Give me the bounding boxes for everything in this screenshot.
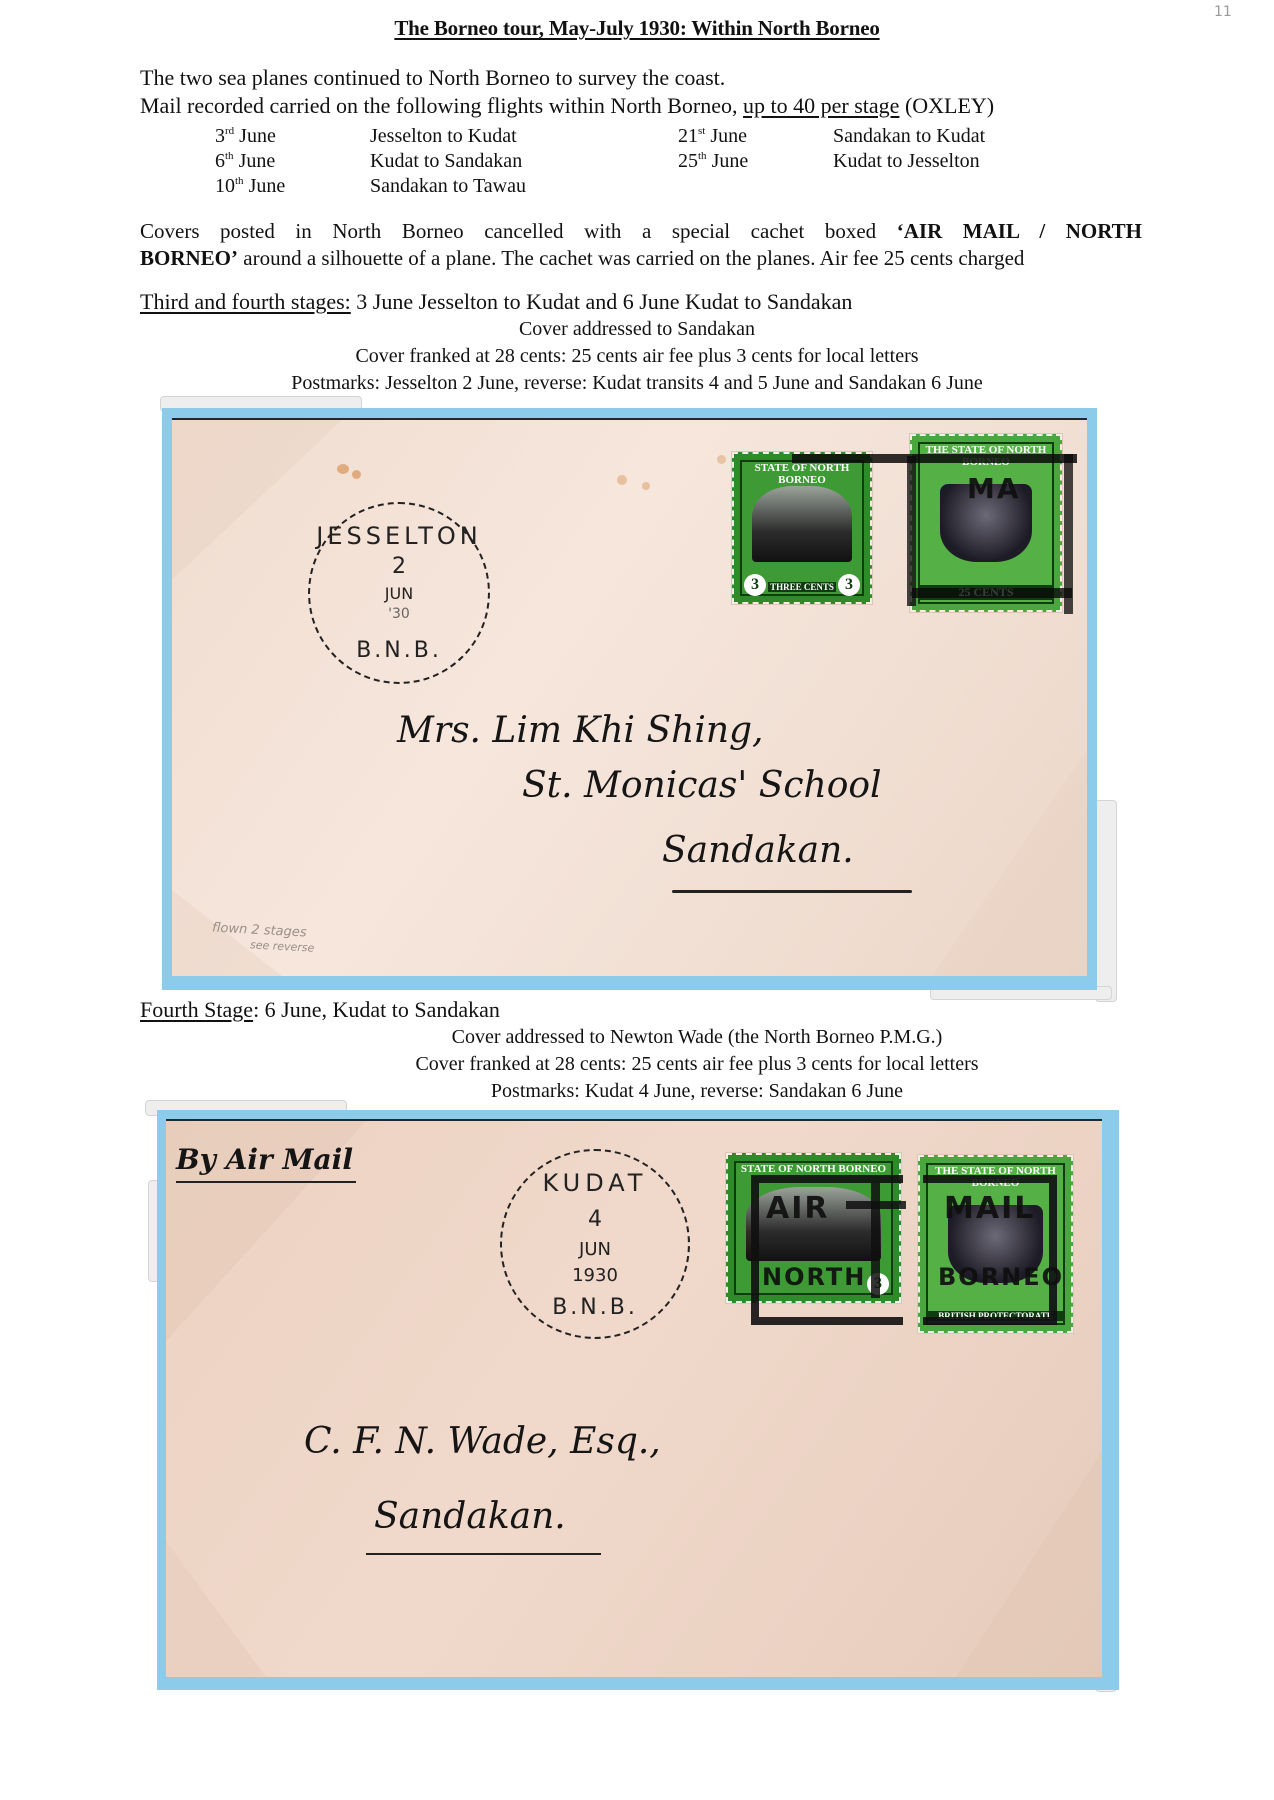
address-line-2: Sandakan. xyxy=(374,1496,566,1537)
address-line-1: Mrs. Lim Khi Shing, xyxy=(397,710,764,751)
address-line-2: St. Monicas' School xyxy=(522,765,882,806)
address-line-3: Sandakan. xyxy=(662,830,854,871)
cover-2: By Air Mail KUDAT 4 JUN 1930 B.N.B. STAT… xyxy=(166,1119,1102,1677)
section2-detail: Cover addressed to Newton Wade (the Nort… xyxy=(60,1024,1274,1050)
stamp-3-cents: STATE OF NORTH BORNEO 3 3 THREE CENTS xyxy=(732,452,872,604)
foxing-stain xyxy=(642,482,650,490)
endorsement-underline xyxy=(176,1181,356,1183)
cachet-bar xyxy=(907,456,916,606)
section2-detail: Cover franked at 28 cents: 25 cents air … xyxy=(60,1051,1274,1077)
section1-detail: Cover franked at 28 cents: 25 cents air … xyxy=(0,343,1274,369)
postmark-kudat: KUDAT 4 JUN 1930 B.N.B. xyxy=(500,1149,690,1339)
flight-route: Sandakan to Tawau xyxy=(370,174,526,199)
flight-route: Sandakan to Kudat xyxy=(833,124,985,149)
page-marker: 11 xyxy=(1214,4,1232,20)
cachet-text-north: NORTH xyxy=(762,1263,866,1291)
flights-row: 10th June Sandakan to Tawau xyxy=(215,174,1115,199)
address-underline xyxy=(366,1553,601,1555)
album-mount-corner xyxy=(1095,800,1117,1002)
cachet-plane-wing xyxy=(846,1201,906,1209)
cachet-note-line-1: Covers posted in North Borneo cancelled … xyxy=(140,217,1142,245)
flight-date: 21st June xyxy=(678,124,747,149)
postmark-jesselton: JESSELTON 2 JUN '30 B.N.B. xyxy=(308,502,490,684)
railway-scene xyxy=(752,486,852,562)
cachet-text-mail: MAIL xyxy=(944,1191,1035,1226)
flight-route: Kudat to Sandakan xyxy=(370,149,522,174)
address-underline xyxy=(672,890,912,893)
section1-detail: Postmarks: Jesselton 2 June, reverse: Ku… xyxy=(0,370,1274,396)
cachet-text-air: AIR xyxy=(766,1191,829,1226)
cachet-bar xyxy=(792,454,1077,463)
page-title: The Borneo tour, May-July 1930: Within N… xyxy=(0,16,1274,41)
flight-date: 10th June xyxy=(215,174,285,199)
address-line-1: C. F. N. Wade, Esq., xyxy=(304,1421,661,1462)
cachet-note-line-2: BORNEO’ around a silhouette of a plane. … xyxy=(140,245,1150,272)
foxing-stain xyxy=(352,470,361,479)
foxing-stain xyxy=(337,464,349,474)
intro-line-1: The two sea planes continued to North Bo… xyxy=(140,64,1140,91)
section1-detail: Cover addressed to Sandakan xyxy=(0,316,1274,342)
flight-route: Jesselton to Kudat xyxy=(370,124,517,149)
flight-route: Kudat to Jesselton xyxy=(833,149,980,174)
cover-1: JESSELTON 2 JUN '30 B.N.B. STATE OF NORT… xyxy=(172,418,1087,976)
cachet-text-borneo: BORNEO xyxy=(938,1263,1064,1291)
section1-heading: Third and fourth stages: 3 June Jesselto… xyxy=(140,288,1140,315)
flight-date: 3rd June xyxy=(215,124,276,149)
cachet-bar xyxy=(912,588,1072,598)
intro-underlined-phrase: up to 40 per stage xyxy=(743,93,899,118)
air-mail-endorsement: By Air Mail xyxy=(176,1143,353,1176)
foxing-stain xyxy=(617,475,627,485)
cachet-partial-text: MA xyxy=(967,472,1021,505)
flights-row: 6th June Kudat to Sandakan 25th June Kud… xyxy=(215,149,1115,174)
flight-date: 25th June xyxy=(678,149,748,174)
flight-date: 6th June xyxy=(215,149,275,174)
flights-row: 3rd June Jesselton to Kudat 21st June Sa… xyxy=(215,124,1115,149)
foxing-stain xyxy=(717,455,726,464)
intro-line-2: Mail recorded carried on the following f… xyxy=(140,92,1180,119)
flights-table: 3rd June Jesselton to Kudat 21st June Sa… xyxy=(215,124,1115,199)
section2-heading: Fourth Stage: 6 June, Kudat to Sandakan xyxy=(140,996,1140,1023)
